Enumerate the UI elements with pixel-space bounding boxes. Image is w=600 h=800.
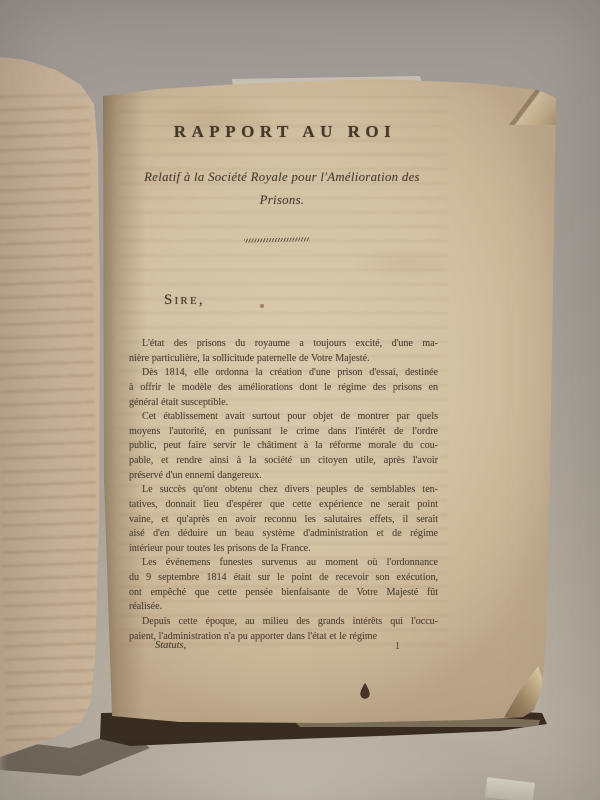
page-subtitle: Relatif à la Société Royale pour l'Améli… [112, 166, 452, 212]
body-line: aisé d'en déduire un beau système d'admi… [129, 527, 438, 542]
body-line: Depuis cette époque, au milieu des grand… [129, 615, 438, 630]
body-line: ont empêché que cette pensée bienfaisant… [129, 586, 438, 601]
signature-mark: 1 [395, 641, 400, 652]
page-title: RAPPORT AU ROI [130, 122, 440, 142]
body-line: L'état des prisons du royaume a toujours… [129, 337, 438, 352]
catch-line: Statuts, 1 [129, 640, 438, 656]
body-line: réalisée. [129, 600, 438, 615]
ink-spot [260, 304, 264, 308]
body-line: Cet établissement avait surtout pour obj… [129, 410, 438, 425]
teardrop-ornament-icon [359, 683, 371, 700]
subtitle-line: Prisons. [112, 189, 452, 212]
body-line: préservé d'un ennemi dangereux. [129, 469, 438, 484]
body-line: général était susceptible. [129, 396, 438, 411]
body-line: Les événemens funestes survenus au momen… [129, 556, 438, 571]
foxing-stain [350, 246, 460, 280]
body-text: L'état des prisons du royaume a toujours… [129, 337, 438, 644]
body-line: Dès 1814, elle ordonna la création d'une… [129, 366, 438, 381]
ghost-text-overlay-left [0, 94, 101, 746]
body-line: intérieur pour toutes les prisons de la … [129, 542, 438, 557]
subtitle-line: Relatif à la Société Royale pour l'Améli… [112, 166, 452, 189]
body-line: tatives, donnait lieu d'espérer que cett… [129, 498, 438, 513]
body-line: à offrir le modèle des améliorations don… [129, 381, 438, 396]
salutation: Sire, [164, 292, 205, 309]
body-line: vaine, et qu'après en avoir reconnu les … [129, 513, 438, 528]
photo-scene: RAPPORT AU ROI Relatif à la Société Roya… [0, 0, 600, 800]
body-line: moyens l'autorité, en punissant le crime… [129, 425, 438, 440]
body-line: Le succès qu'ont obtenu chez divers peup… [129, 483, 438, 498]
catchword: Statuts, [155, 640, 186, 651]
body-line: pable, et rendre ainsi à la société un c… [129, 454, 438, 469]
body-line: public, peut faire servir le châtiment à… [129, 439, 438, 454]
body-line: du 9 septembre 1814 était sur le point d… [129, 571, 438, 586]
body-line: nière particulière, la sollicitude pater… [129, 352, 438, 367]
